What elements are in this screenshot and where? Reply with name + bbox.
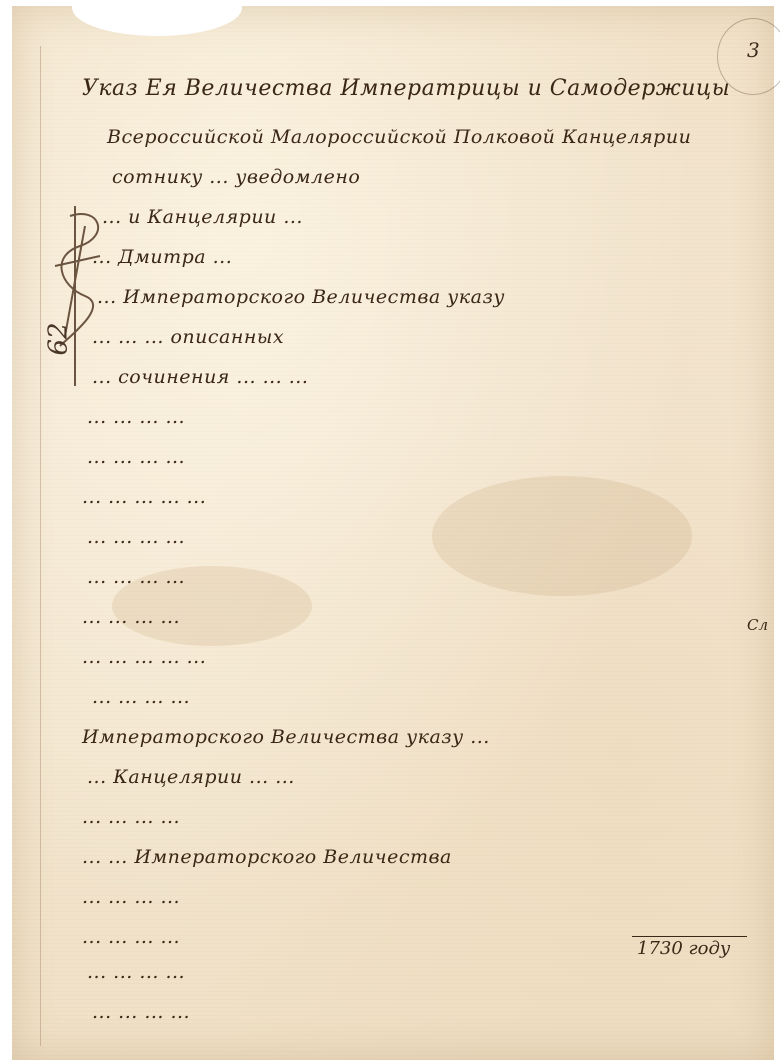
text-line: ... Дмитра ...	[92, 246, 232, 268]
text-line: Императорского Величества указу ...	[82, 726, 490, 748]
right-margin-note: Сл	[747, 616, 768, 634]
text-line: ... ... ... ...	[87, 446, 185, 468]
manuscript-page: 3 62 Указ Ея Величества Императрицы и Са…	[12, 6, 774, 1060]
text-line: ... ... ... ...	[82, 886, 180, 908]
paper-stain	[432, 476, 692, 596]
text-line: ... Канцелярии ... ...	[87, 766, 295, 788]
text-line: ... ... ... ...	[87, 406, 185, 428]
text-line: ... ... ... ...	[82, 806, 180, 828]
text-line: сотнику ... уведомлено	[112, 166, 360, 188]
document-date: 1730 году	[637, 938, 730, 959]
margin-number: 62	[44, 322, 74, 355]
text-line: Всероссийской Малороссийской Полковой Ка…	[107, 126, 691, 148]
text-line: ... и Канцелярии ...	[102, 206, 303, 228]
text-line: ... ... ... ...	[87, 526, 185, 548]
text-line: ... Императорского Величества указу	[97, 286, 505, 308]
text-line: ... ... ... ...	[82, 606, 180, 628]
folio-number: 3	[747, 38, 760, 62]
text-line: ... ... ... ... ...	[82, 486, 206, 508]
text-line: ... ... ... ...	[87, 566, 185, 588]
text-line: Указ Ея Величества Императрицы и Самодер…	[82, 76, 730, 101]
text-line: ... сочинения ... ... ...	[92, 366, 308, 388]
text-line: ... ... ... ...	[92, 686, 190, 708]
text-line: ... ... Императорского Величества	[82, 846, 452, 868]
text-line: ... ... ... описанных	[92, 326, 284, 348]
text-line: ... ... ... ...	[82, 926, 180, 948]
paper-tear	[72, 6, 242, 36]
date-underline	[632, 936, 747, 937]
text-line: ... ... ... ... ...	[82, 646, 206, 668]
text-line: ... ... ... ...	[92, 1001, 190, 1023]
text-line: ... ... ... ...	[87, 961, 185, 983]
